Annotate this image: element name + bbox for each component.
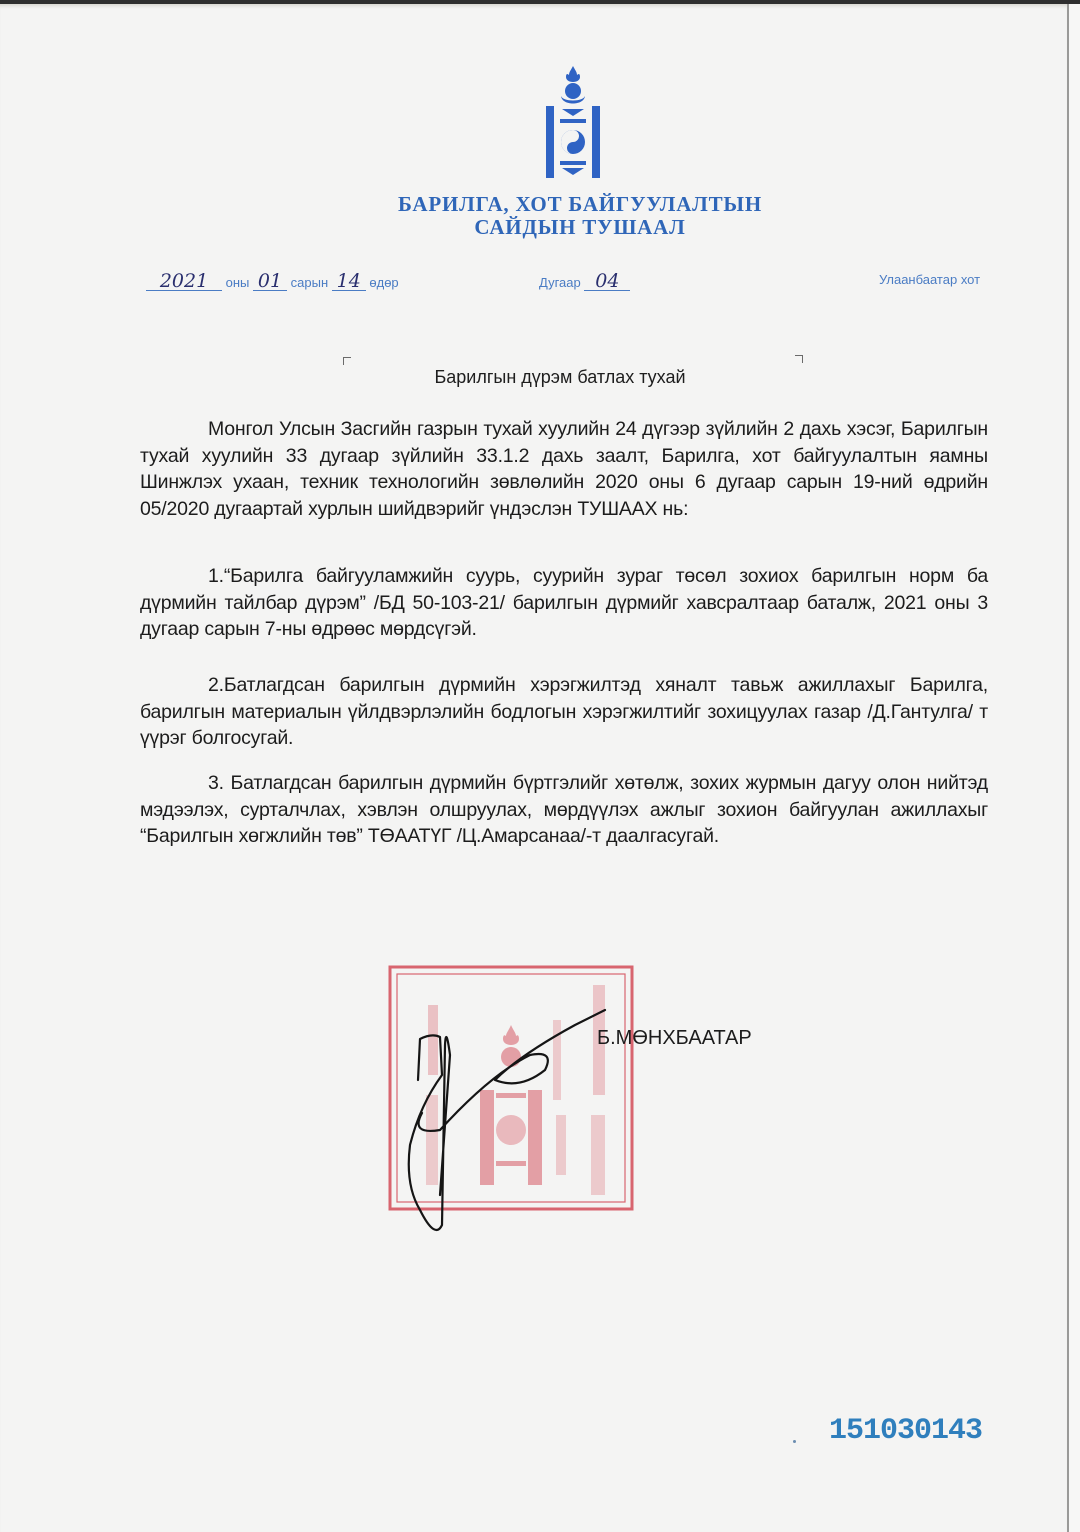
- document-title: Барилгын дүрэм батлах тухай: [330, 367, 790, 388]
- city-label: Улаанбаатар хот: [879, 272, 980, 287]
- serial-number: 151030143: [829, 1414, 982, 1448]
- scan-right-margin: [1069, 4, 1080, 1532]
- scan-speck: [793, 1440, 796, 1443]
- org-title-line2: САЙДЫН ТУШААЛ: [300, 215, 860, 239]
- month-suffix: сарын: [291, 275, 328, 290]
- order-item-1: 1.“Барилга байгууламжийн суурь, суурийн …: [140, 563, 988, 643]
- handwritten-signature: [380, 995, 630, 1250]
- org-title-line1: БАРИЛГА, ХОТ БАЙГУУЛАЛТЫН: [300, 192, 860, 216]
- number-label: Дугаар: [539, 275, 581, 290]
- month-value: 01: [253, 272, 287, 291]
- year-suffix: оны: [226, 275, 250, 290]
- title-corner-mark-left: [343, 357, 351, 365]
- signer-name: Б.МӨНХБААТАР: [597, 1027, 752, 1050]
- title-corner-mark-right: [795, 355, 803, 363]
- preamble-paragraph: Монгол Улсын Засгийн газрын тухай хуулий…: [140, 416, 988, 522]
- year-value: 2021: [146, 272, 222, 291]
- date-field: 2021 оны 01 сарын 14 өдөр: [146, 272, 399, 291]
- number-field: Дугаар 04: [539, 272, 630, 291]
- order-item-3: 3. Батлагдсан барилгын дүрмийн бүртгэлий…: [140, 770, 988, 850]
- day-suffix: өдөр: [369, 275, 398, 290]
- order-item-2: 2.Батлагдсан барилгын дүрмийн хэрэгжилтэ…: [140, 672, 988, 752]
- day-value: 14: [332, 272, 366, 291]
- number-value: 04: [584, 272, 630, 291]
- soyombo-emblem-icon: [544, 66, 602, 178]
